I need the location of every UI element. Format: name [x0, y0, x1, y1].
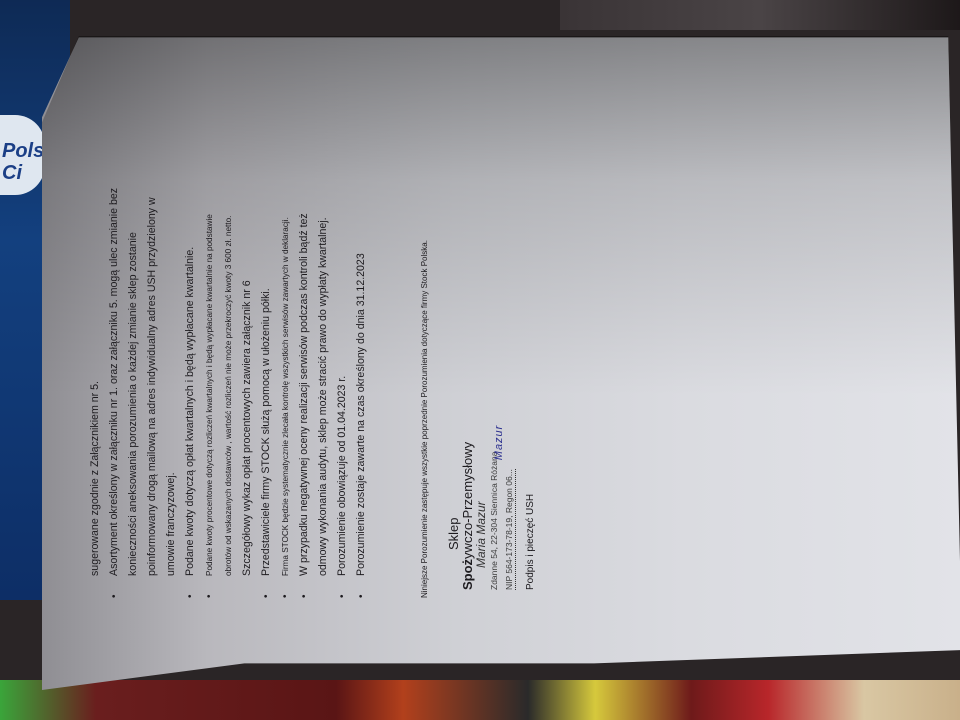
list-item-continuation: poinformowany drogą mailową na adres ind…: [143, 78, 162, 598]
background-logo-text: Pols Ci: [2, 140, 44, 184]
footer-note: Niniejsze Porozumienie zastępuje wszystk…: [415, 78, 434, 598]
stamp-line-1: Sklep: [446, 78, 461, 590]
list-item-text: Szczegółowy wykaz opłat procentowych zaw…: [238, 280, 257, 576]
bullet-icon: •: [200, 576, 219, 598]
list-item-text: W przypadku negatywnej oceny realizacji …: [295, 213, 314, 576]
bullet-icon: [124, 576, 143, 598]
handwritten-signature: Mazur: [493, 425, 505, 461]
list-item-text: konieczności aneksowania porozumienia o …: [124, 232, 143, 576]
document-body: sugerowane zgodnie z Załącznikiem nr 5. …: [86, 78, 540, 598]
bullet-icon: [162, 576, 181, 598]
stamp-line-2-rest: ywczo-Przemysłowy: [460, 442, 475, 559]
bullet-icon: •: [257, 576, 276, 598]
intro-line: sugerowane zgodnie z Załącznikiem nr 5.: [86, 78, 105, 598]
stamp-line-2-bold: Spoż: [460, 559, 475, 590]
stamp-address: Zdanne 54, 22-304 Siennica Różana: [488, 78, 500, 590]
list-item-continuation: Szczegółowy wykaz opłat procentowych zaw…: [238, 78, 257, 598]
list-item: •Przedstawiciele firmy STOCK służą pomoc…: [257, 78, 276, 598]
list-item: •Firma STOCK będzie systematycznie zleca…: [276, 78, 295, 598]
list-item: •W przypadku negatywnej oceny realizacji…: [295, 78, 314, 598]
bullet-icon: [238, 576, 257, 598]
list-item-text: poinformowany drogą mailową na adres ind…: [143, 197, 162, 576]
list-item: •Asortyment określony w załączniku nr 1.…: [105, 78, 124, 598]
list-item-text: Asortyment określony w załączniku nr 1. …: [105, 188, 124, 576]
stamp-tax-id: NIP 564-173-78-19, Regon 06...: [503, 469, 516, 590]
background-products-shelf: [0, 680, 960, 720]
list-item: •Podane kwoty procentowe dotyczą rozlicz…: [200, 78, 219, 598]
bullet-icon: •: [295, 576, 314, 598]
list-item-continuation: odmowy wykonania audytu, sklep może stra…: [314, 78, 333, 598]
signature-caption: Podpis i pieczęć USH: [521, 78, 540, 598]
stamp-owner-name: Maria Mazur: [475, 78, 488, 590]
shop-stamp: Sklep Spożywczo-Przemysłowy Maria Mazur …: [446, 78, 519, 598]
list-item-continuation: umowie franczyzowej.: [162, 78, 181, 598]
bullet-icon: •: [352, 576, 371, 598]
bullet-icon: •: [333, 576, 352, 598]
bullet-list: •Asortyment określony w załączniku nr 1.…: [105, 78, 371, 598]
list-item-text: Firma STOCK będzie systematycznie zlecał…: [276, 217, 295, 576]
list-item-text: Podane kwoty dotyczą opłat kwartalnych i…: [181, 247, 200, 576]
list-item-continuation: obrotów od wskazanych dostawców , wartoś…: [219, 78, 238, 598]
bullet-icon: •: [276, 576, 295, 598]
background-top-edge: [560, 0, 960, 30]
list-item-text: obrotów od wskazanych dostawców , wartoś…: [219, 216, 238, 576]
list-item: •Porozumienie obowiązuje od 01.04.2023 r…: [333, 78, 352, 598]
bullet-icon: [314, 576, 333, 598]
bullet-icon: [143, 576, 162, 598]
list-item-text: odmowy wykonania audytu, sklep może stra…: [314, 217, 333, 576]
stamp-line-2: Spożywczo-Przemysłowy: [461, 78, 475, 590]
bullet-icon: [219, 576, 238, 598]
list-item-text: Porozumienie zostaje zawarte na czas okr…: [352, 253, 371, 576]
list-item: •Porozumienie zostaje zawarte na czas ok…: [352, 78, 371, 598]
list-item-continuation: konieczności aneksowania porozumienia o …: [124, 78, 143, 598]
bullet-icon: •: [105, 576, 124, 598]
list-item-text: umowie franczyzowej.: [162, 472, 181, 576]
list-item: •Podane kwoty dotyczą opłat kwartalnych …: [181, 78, 200, 598]
list-item-text: Porozumienie obowiązuje od 01.04.2023 r.: [333, 376, 352, 576]
bullet-icon: •: [181, 576, 200, 598]
list-item-text: Przedstawiciele firmy STOCK służą pomocą…: [257, 288, 276, 576]
list-item-text: Podane kwoty procentowe dotyczą rozlicze…: [200, 214, 219, 576]
